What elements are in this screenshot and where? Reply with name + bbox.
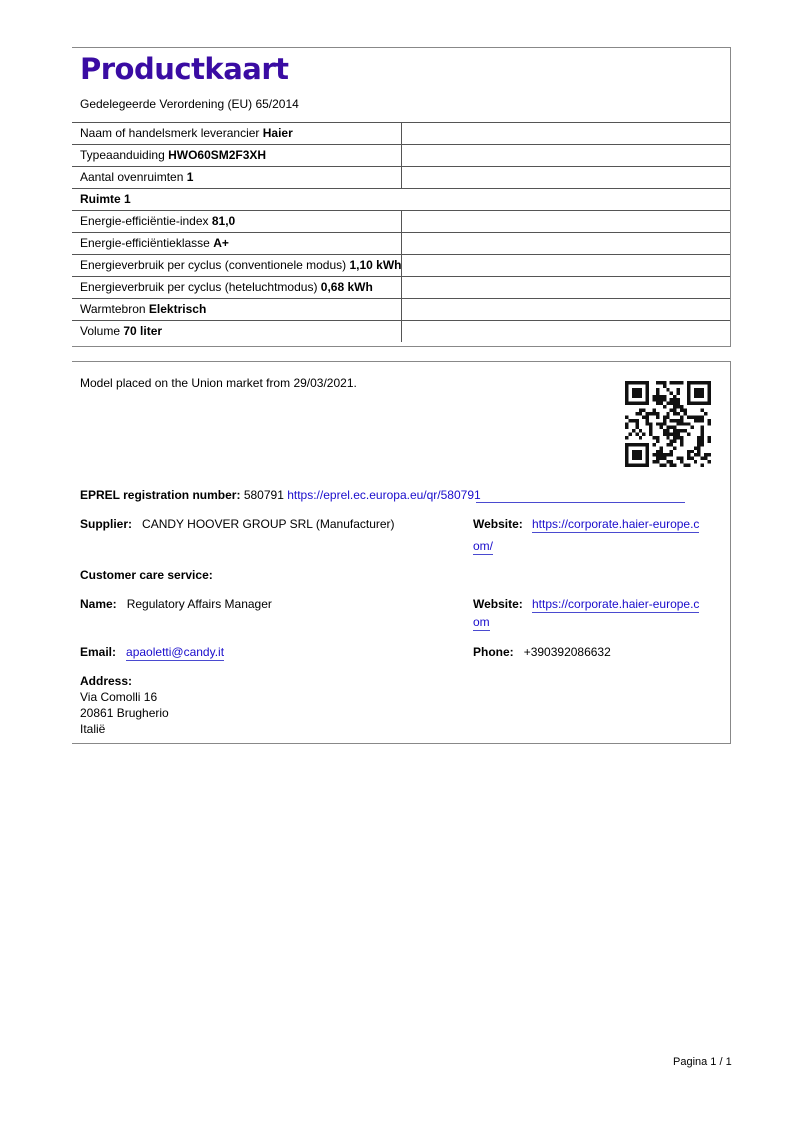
- row-label: Typeaanduiding HWO60SM2F3XH: [80, 145, 266, 166]
- table-row: Typeaanduiding HWO60SM2F3XH: [72, 144, 730, 166]
- page-title: Productkaart: [80, 52, 289, 86]
- table-row: Volume 70 liter: [72, 320, 730, 342]
- table-row: Energie-efficiëntieklasse A+: [72, 232, 730, 254]
- row-label: Energie-efficiëntie-index 81,0: [80, 211, 235, 232]
- column-divider: [401, 321, 402, 342]
- table-row: Naam of handelsmerk leverancier Haier: [72, 122, 730, 144]
- column-divider: [401, 233, 402, 254]
- column-divider: [401, 123, 402, 144]
- product-table: Naam of handelsmerk leverancier HaierTyp…: [72, 122, 730, 342]
- supplier-website-label: Website:: [473, 517, 523, 531]
- table-row: Warmtebron Elektrisch: [72, 298, 730, 320]
- table-row: Ruimte 1: [72, 188, 730, 210]
- phone-line: Phone: +390392086632: [473, 645, 611, 659]
- name-label: Name:: [80, 597, 117, 611]
- phone-label: Phone:: [473, 645, 514, 659]
- row-label: Energieverbruik per cyclus (heteluchtmod…: [80, 277, 373, 298]
- row-label: Aantal ovenruimten 1: [80, 167, 193, 188]
- address-line: 20861 Brugherio: [80, 706, 169, 720]
- row-label: Energie-efficiëntieklasse A+: [80, 233, 229, 254]
- supplier-info-card: Model placed on the Union market from 29…: [72, 361, 731, 744]
- supplier-website-link[interactable]: https://corporate.haier-europe.c: [532, 517, 699, 531]
- market-text: Model placed on the Union market from 29…: [80, 376, 357, 390]
- supplier-website-link-cont[interactable]: om/: [473, 539, 493, 553]
- product-card: Productkaart Gedelegeerde Verordening (E…: [72, 47, 731, 347]
- address-line: Via Comolli 16: [80, 690, 157, 704]
- supplier-line: Supplier: CANDY HOOVER GROUP SRL (Manufa…: [80, 517, 395, 531]
- table-row: Energieverbruik per cyclus (conventionel…: [72, 254, 730, 276]
- care-website-label: Website:: [473, 597, 523, 611]
- row-label: Volume 70 liter: [80, 321, 162, 342]
- care-website-link[interactable]: https://corporate.haier-europe.c: [532, 597, 699, 611]
- address-block: Address: Via Comolli 16 20861 Brugherio …: [80, 673, 169, 737]
- address-line: Italië: [80, 722, 105, 736]
- eprel-number: 580791: [240, 488, 287, 502]
- eprel-underline: [476, 502, 685, 503]
- eprel-label: EPREL registration number:: [80, 488, 240, 502]
- address-label: Address:: [80, 674, 132, 688]
- customer-care-heading: Customer care service:: [80, 568, 213, 582]
- care-website-link-cont[interactable]: om: [473, 615, 490, 629]
- row-label: Warmtebron Elektrisch: [80, 299, 206, 320]
- row-label: Naam of handelsmerk leverancier Haier: [80, 123, 293, 144]
- eprel-link[interactable]: https://eprel.ec.europa.eu/qr/580791: [287, 488, 480, 502]
- email-link[interactable]: apaoletti@candy.it: [126, 645, 224, 661]
- supplier-value: CANDY HOOVER GROUP SRL (Manufacturer): [142, 517, 395, 531]
- qr-code-icon[interactable]: [625, 381, 711, 467]
- name-line: Name: Regulatory Affairs Manager: [80, 597, 272, 611]
- column-divider: [401, 299, 402, 320]
- column-divider: [401, 277, 402, 298]
- eprel-line: EPREL registration number: 580791 https:…: [80, 488, 481, 502]
- table-row: Energie-efficiëntie-index 81,0: [72, 210, 730, 232]
- name-value: Regulatory Affairs Manager: [127, 597, 272, 611]
- table-row: Energieverbruik per cyclus (heteluchtmod…: [72, 276, 730, 298]
- column-divider: [401, 167, 402, 188]
- table-row: Aantal ovenruimten 1: [72, 166, 730, 188]
- regulation-text: Gedelegeerde Verordening (EU) 65/2014: [80, 97, 299, 111]
- supplier-label: Supplier:: [80, 517, 132, 531]
- column-divider: [401, 145, 402, 166]
- email-label: Email:: [80, 645, 116, 659]
- row-label: Energieverbruik per cyclus (conventionel…: [80, 255, 402, 276]
- row-label: Ruimte 1: [80, 189, 131, 210]
- page-number: Pagina 1 / 1: [673, 1056, 732, 1068]
- phone-value: +390392086632: [524, 645, 611, 659]
- column-divider: [401, 211, 402, 232]
- column-divider: [401, 255, 402, 276]
- email-line: Email: apaoletti@candy.it: [80, 645, 224, 659]
